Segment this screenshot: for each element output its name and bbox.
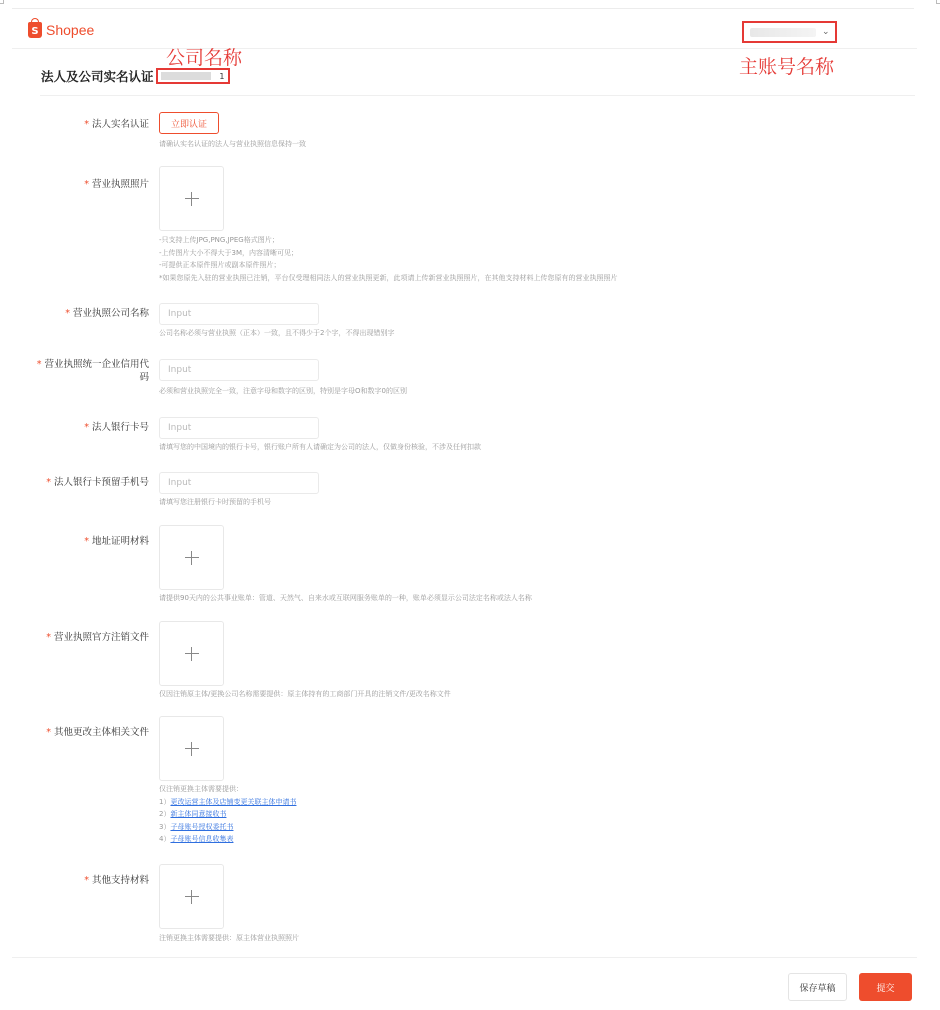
template-link-row: 4）子母账号信息收集表 (159, 833, 296, 846)
field-hint: 仅因注销原主体/更换公司名称需要提供：原主体持有的工商部门开具的注销文件/更改名… (159, 689, 451, 700)
field-hint: 请填写您注册银行卡时预留的手机号 (159, 497, 271, 508)
field-hint-list: -只支持上传JPG,PNG,JPEG格式图片； -上传图片大小不得大于3M，内容… (159, 234, 618, 284)
bank-card-input[interactable] (159, 417, 319, 439)
template-link-acceptance-letter[interactable]: 新主体同意接收书 (170, 810, 226, 818)
upload-other-support[interactable] (159, 864, 224, 929)
bank-phone-input[interactable] (159, 472, 319, 494)
field-label: *营业执照公司名称 (65, 307, 149, 320)
company-name-input[interactable] (159, 303, 319, 325)
window-corner (936, 0, 940, 4)
template-link-row: 3）子母账号授权委托书 (159, 821, 296, 834)
template-link-row: 2）新主体同意接收书 (159, 808, 296, 821)
field-label: *其他支持材料 (84, 874, 149, 887)
chevron-down-icon: ⌄ (822, 27, 830, 37)
main-account-dropdown[interactable]: ⌄ (742, 21, 837, 43)
annotation-main-account-name: 主账号名称 (739, 52, 834, 79)
annotation-company-name: 公司名称 (166, 43, 242, 70)
title-divider (40, 95, 915, 96)
save-draft-button[interactable]: 保存草稿 (788, 973, 847, 1001)
field-label: *其他更改主体相关文件 (46, 726, 149, 739)
field-hint: 公司名称必须与营业执照（正本）一致，且不得少于2个字，不得出现错别字 (159, 328, 394, 339)
account-name-redacted (750, 28, 816, 37)
plus-icon (185, 742, 199, 756)
shopping-bag-icon: S (28, 22, 42, 38)
field-label: *营业执照照片 (84, 178, 149, 191)
brand-name: Shopee (46, 22, 94, 38)
field-hint: 请确认实名认证的法人与营业执照信息保持一致 (159, 139, 306, 150)
page-title: 法人及公司实名认证 (41, 67, 154, 85)
plus-icon (185, 890, 199, 904)
upload-business-license[interactable] (159, 166, 224, 231)
verify-now-button[interactable]: 立即认证 (159, 112, 219, 134)
field-label: *营业执照统一企业信用代码 (29, 358, 149, 384)
shopee-logo[interactable]: S Shopee (28, 22, 94, 38)
upload-address-proof[interactable] (159, 525, 224, 590)
field-label: *法人银行卡预留手机号 (46, 476, 149, 489)
field-hint-list: 仅注销更换主体需要提供： 1）更改运营主体及店铺变更关联主体申请书 2）新主体同… (159, 783, 296, 846)
submit-button[interactable]: 提交 (859, 973, 912, 1001)
field-label: *法人实名认证 (84, 118, 149, 131)
template-link-row: 1）更改运营主体及店铺变更关联主体申请书 (159, 796, 296, 809)
credit-code-input[interactable] (159, 359, 319, 381)
field-hint: 注销更换主体需要提供：原主体营业执照照片 (159, 933, 299, 944)
field-hint: 必须和营业执照完全一致，注意字母和数字的区别，特别是字母O和数字0的区别 (159, 386, 407, 397)
upload-other-change-docs[interactable] (159, 716, 224, 781)
field-label: *地址证明材料 (84, 535, 149, 548)
plus-icon (185, 192, 199, 206)
field-label: *营业执照官方注销文件 (46, 631, 149, 644)
field-hint: 请填写您的中国境内的银行卡号，银行账户所有人请确定为公司的法人，仅做身份核验，不… (159, 442, 481, 453)
plus-icon (185, 647, 199, 661)
page-title-row: 法人及公司实名认证 1 (41, 67, 230, 85)
company-name-redacted (161, 72, 211, 80)
company-name-highlight: 1 (156, 68, 230, 84)
footer-divider (12, 957, 917, 958)
template-link-info-form[interactable]: 子母账号信息收集表 (170, 835, 233, 843)
template-link-change-application[interactable]: 更改运营主体及店铺变更关联主体申请书 (170, 798, 296, 806)
hint-intro: 仅注销更换主体需要提供： (159, 783, 296, 796)
field-label: *法人银行卡号 (84, 421, 149, 434)
upload-cancellation-doc[interactable] (159, 621, 224, 686)
window-corner (0, 0, 4, 4)
field-hint: 请提供90天内的公共事业账单：管道、天然气、自来水或互联网服务账单的一种，账单必… (159, 593, 532, 604)
plus-icon (185, 551, 199, 565)
template-link-authorization[interactable]: 子母账号授权委托书 (170, 823, 233, 831)
company-name-suffix: 1 (219, 72, 224, 81)
